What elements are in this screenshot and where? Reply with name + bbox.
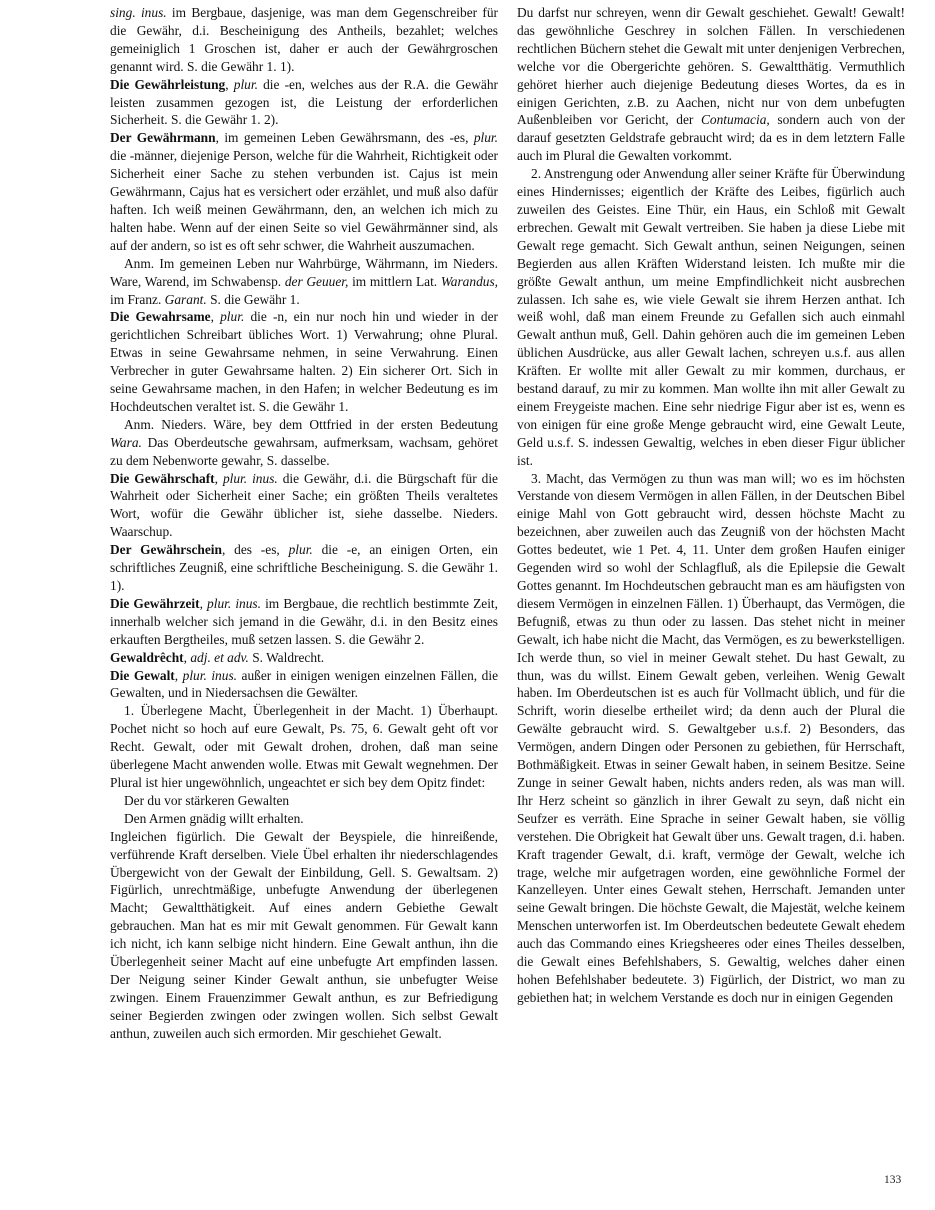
paragraph: Anm. Im gemeinen Leben nur Wahrbürge, Wä… xyxy=(110,255,498,309)
body-text: im Franz. xyxy=(110,292,165,307)
headword: Gewaldrêcht xyxy=(110,650,184,665)
body-text: die -n, ein nur noch hin und wieder in d… xyxy=(110,309,498,414)
headword: Der Gewährmann xyxy=(110,130,216,145)
body-text: 2. Anstrengung oder Anwendung aller sein… xyxy=(517,166,905,468)
italic-text: plur. xyxy=(234,77,258,92)
italic-text: plur. inus. xyxy=(223,471,278,486)
body-text: S. Waldrecht. xyxy=(249,650,324,665)
dictionary-entry: Gewaldrêcht, adj. et adv. S. Waldrecht. xyxy=(110,649,498,667)
body-text: Das Oberdeutsche gewahrsam, aufmerksam, … xyxy=(110,435,498,468)
body-text: 1. Überlegene Macht, Überlegenheit in de… xyxy=(110,703,498,790)
italic-text: adj. et adv. xyxy=(190,650,249,665)
italic-text: sing. inus. xyxy=(110,5,167,20)
paragraph: Ingleichen figürlich. Die Gewalt der Bey… xyxy=(110,828,498,1043)
italic-text: Contumacia, xyxy=(701,112,770,127)
body-text: , des -es, xyxy=(222,542,289,557)
paragraph: 3. Macht, das Vermögen zu thun was man w… xyxy=(517,470,905,1007)
body-text: , xyxy=(211,309,221,324)
italic-text: plur. xyxy=(220,309,244,324)
body-text: , xyxy=(200,596,207,611)
italic-text: plur. xyxy=(289,542,313,557)
headword: Die Gewahrsame xyxy=(110,309,211,324)
body-text: die -männer, diejenige Person, welche fü… xyxy=(110,148,498,253)
paragraph: 1. Überlegene Macht, Überlegenheit in de… xyxy=(110,702,498,792)
body-text: , xyxy=(225,77,234,92)
headword: Die Gewährzeit xyxy=(110,596,200,611)
dictionary-entry: Die Gewährleistung, plur. die -en, welch… xyxy=(110,76,498,130)
dictionary-entry: Der Gewährschein, des -es, plur. die -e,… xyxy=(110,541,498,595)
paragraph: sing. inus. im Bergbaue, dasjenige, was … xyxy=(110,4,498,76)
body-text: 3. Macht, das Vermögen zu thun was man w… xyxy=(517,471,905,1005)
body-text: , xyxy=(215,471,223,486)
body-text: Du darfst nur schreyen, wenn dir Gewalt … xyxy=(517,5,905,127)
italic-text: plur. inus. xyxy=(207,596,261,611)
italic-text: Wara. xyxy=(110,435,142,450)
right-column: Du darfst nur schreyen, wenn dir Gewalt … xyxy=(517,4,905,1007)
verse-line: Der du vor stärkeren Gewalten xyxy=(110,792,498,810)
headword: Die Gewährschaft xyxy=(110,471,215,486)
headword: Die Gewährleistung xyxy=(110,77,225,92)
body-text: Der du vor stärkeren Gewalten xyxy=(124,793,289,808)
page-number: 133 xyxy=(884,1174,901,1186)
italic-text: plur. xyxy=(474,130,498,145)
dictionary-entry: Der Gewährmann, im gemeinen Leben Gewähr… xyxy=(110,129,498,254)
body-text: , xyxy=(175,668,183,683)
left-column: sing. inus. im Bergbaue, dasjenige, was … xyxy=(110,4,498,1043)
dictionary-entry: Die Gewalt, plur. inus. außer in einigen… xyxy=(110,667,498,703)
body-text: Den Armen gnädig willt erhalten. xyxy=(124,811,304,826)
body-text: , im gemeinen Leben Gewährsmann, des -es… xyxy=(216,130,474,145)
verse-line: Den Armen gnädig willt erhalten. xyxy=(110,810,498,828)
dictionary-entry: Die Gewährschaft, plur. inus. die Gewähr… xyxy=(110,470,498,542)
paragraph: 2. Anstrengung oder Anwendung aller sein… xyxy=(517,165,905,469)
dictionary-entry: Die Gewahrsame, plur. die -n, ein nur no… xyxy=(110,308,498,415)
dictionary-entry: Die Gewährzeit, plur. inus. im Bergbaue,… xyxy=(110,595,498,649)
headword: Die Gewalt xyxy=(110,668,175,683)
italic-text: Warandus, xyxy=(441,274,498,289)
body-text: im Bergbaue, dasjenige, was man dem Gege… xyxy=(110,5,498,74)
italic-text: der Geuuer, xyxy=(285,274,349,289)
italic-text: plur. inus. xyxy=(183,668,237,683)
paragraph: Du darfst nur schreyen, wenn dir Gewalt … xyxy=(517,4,905,165)
body-text: S. die Gewähr 1. xyxy=(207,292,300,307)
body-text: Anm. Nieders. Wäre, bey dem Ottfried in … xyxy=(124,417,498,432)
paragraph: Anm. Nieders. Wäre, bey dem Ottfried in … xyxy=(110,416,498,470)
italic-text: Garant. xyxy=(165,292,207,307)
body-text: im mittlern Lat. xyxy=(348,274,440,289)
body-text: Ingleichen figürlich. Die Gewalt der Bey… xyxy=(110,829,498,1041)
headword: Der Gewährschein xyxy=(110,542,222,557)
